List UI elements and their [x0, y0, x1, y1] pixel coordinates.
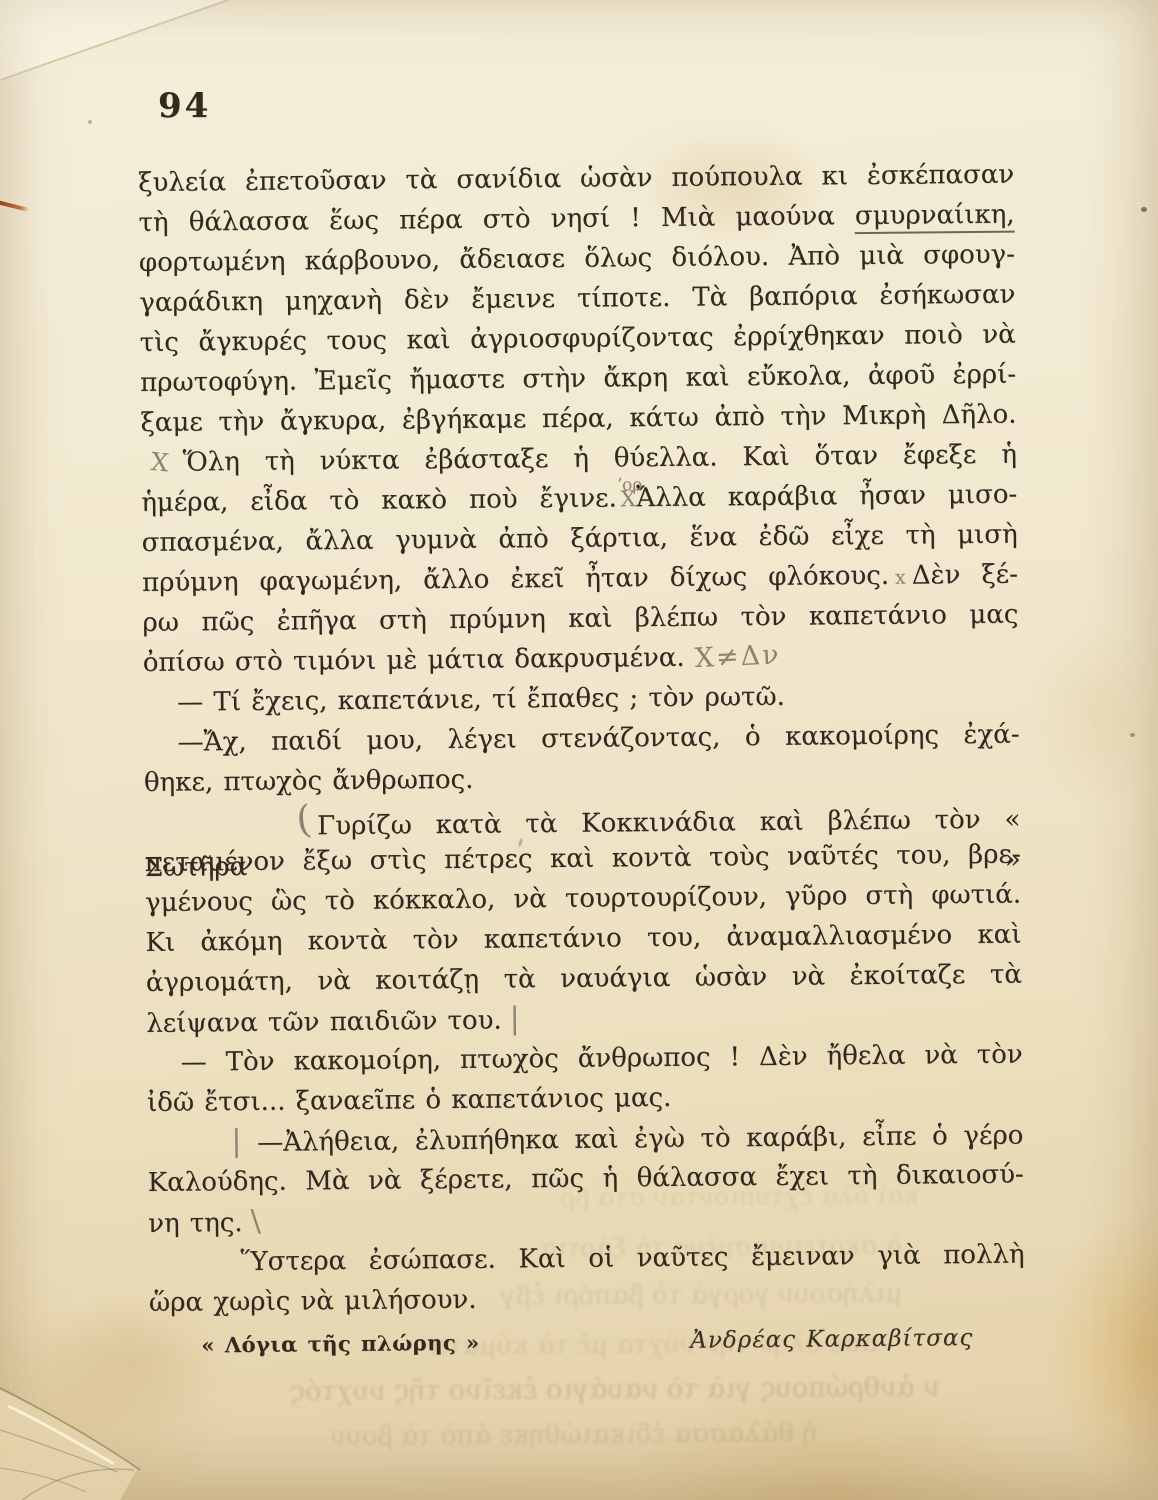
text-segment: γμένους ὣς τὸ κόκκαλο, νὰ τουρτουρίζουν,…: [145, 880, 1021, 918]
text-segment: σπασμένα, ἄλλα γυμνὰ ἀπὸ ξάρτια, ἕνα ἐδῶ…: [142, 520, 1018, 558]
text-line: — Τὸν κακομοίρη, πτωχὸς ἄνθρωπος ! Δὲν ἤ…: [146, 1035, 1022, 1083]
text-line: —Ἄχ, παιδί μου, λέγει στενάζοντας, ὁ κακ…: [143, 715, 1019, 763]
corner-fold-crease: [0, 0, 250, 95]
text-segment: λείψανα τῶν παιδιῶν του.: [146, 1006, 502, 1039]
author-name: Ἀνδρέας Καρκαβίτσας: [690, 1325, 973, 1360]
text-segment: —Ἀλήθεια, ἐλυπήθηκα καὶ ἐγὼ τὸ καράβι, ε…: [241, 1121, 1023, 1159]
text-lines-container: ξυλεία ἐπετοῦσαν τὰ σανίδια ὡσὰν πούπουλ…: [138, 155, 1025, 1323]
foxing-speck: [1130, 733, 1135, 737]
pencil-annotation: x: [895, 567, 906, 589]
text-segment: ἰδῶ ἔτσι... ξαναεῖπε ὁ καπετάνιος μας.: [147, 1083, 672, 1118]
body-text: ξυλεία ἐπετοῦσαν τὰ σανίδια ὡσὰν πούπουλ…: [138, 155, 1025, 1365]
pencil-annotation: ʼορ: [617, 475, 643, 495]
text-segment: ὀπίσω στὸ τιμόνι μὲ μάτια δακρυσμένα.: [143, 643, 685, 678]
text-segment: θηκε, πτωχὸς ἄνθρωπος.: [144, 765, 474, 798]
text-segment: Ὅλη τὴ νύκτα ἐβάσταξε ἡ θύελλα. Καὶ ὅταν…: [183, 440, 1017, 478]
text-segment: ξυλεία ἐπετοῦσαν τὰ σανίδια ὡσὰν πούπουλ…: [138, 160, 1014, 198]
pencil-annotation: |: [510, 1001, 520, 1036]
text-segment: ξαμε τὴν ἄγκυρα, ἐβγήκαμε πέρα, κάτω ἀπὸ…: [140, 400, 1016, 438]
pencil-annotation: |: [231, 1124, 241, 1159]
text-segment: πρύμνη φαγωμένη, ἄλλο ἐκεῖ ἦταν δίχως φλ…: [142, 561, 889, 598]
text-segment: Ὕστερα ἐσώπασε. Καὶ οἱ ναῦτες ἔμειναν γι…: [240, 1240, 1024, 1278]
pencil-annotation: Χ≠Δν: [694, 635, 781, 679]
bleedthrough-text: ν ἀνθρώπους γιὰ τὸ ναυάγιο ἐκεῖνο τῆς νυ…: [290, 1372, 940, 1408]
text-segment: Δὲν ξέ-: [912, 560, 1018, 591]
foxing-speck: [88, 120, 92, 124]
bleedthrough-text: ἡ θάλασσα ἐδικαιώθηκε ἀπὸ τὰ βουν: [330, 1418, 818, 1451]
text-segment: — Τὸν κακομοίρη, πτωχὸς ἄνθρωπος ! Δὲν ἤ…: [180, 1040, 1022, 1078]
pencil-annotation: \: [250, 1204, 260, 1239]
text-segment: Ἄλλα καράβια ἦσαν μισο-: [636, 480, 1017, 514]
text-segment: τὴ θάλασσα ἕως πέρα στὸ νησί ! Μιὰ μαούν…: [138, 201, 855, 238]
text-segment: φορτωμένη κάρβουνο, ἄδειασε ὅλως διόλου.…: [139, 240, 1015, 278]
text-segment: τὶς ἄγκυρές τους καὶ ἀγριοσφυρίζοντας ἐρ…: [140, 320, 1016, 358]
text-line: ἀγριομάτη, νὰ κοιτάζῃ τὰ ναυάγια ὡσὰν νὰ…: [146, 955, 1022, 1003]
text-segment: ἡμέρα, εἶδα τὸ κακὸ ποὺ ἔγινε.: [141, 483, 617, 518]
source-citation: « Λόγια τῆς πλώρης »: [201, 1330, 480, 1365]
text-line: Καλούδης. Μὰ νὰ ξέρετε, πῶς ἡ θάλασσα ἔχ…: [148, 1155, 1024, 1203]
pencil-annotation: (: [219, 799, 314, 849]
page-number: 94: [158, 86, 211, 126]
text-segment: Κι ἀκόμη κοντὰ τὸν καπετάνιο του, ἀναμαλ…: [145, 920, 1021, 958]
crumpled-corner: [0, 1358, 230, 1500]
text-segment: πεταμένον ἔξω στὶς πέτρες καὶ κοντὰ τοὺς…: [145, 840, 1021, 878]
text-line: ρω πῶς ἐπῆγα στὴ πρύμνη καὶ βλέπω τὸν κα…: [142, 595, 1018, 643]
text-segment: σμυρναίικη,: [855, 200, 1015, 235]
pencil-annotation: Χ: [149, 442, 171, 484]
text-segment: πρωτοφύγη. Ἐμεῖς ἤμαστε στὴν ἄκρη καὶ εὔ…: [140, 360, 1016, 398]
text-segment: ἀγριομάτη, νὰ κοιτάζῃ τὰ ναυάγια ὡσὰν νὰ…: [146, 960, 1022, 998]
text-segment: — Τί ἔχεις, καπετάνιε, τί ἔπαθες ; τὸν ρ…: [177, 682, 785, 718]
text-segment: νη της.: [148, 1208, 243, 1239]
text-segment: Καλούδης. Μὰ νὰ ξέρετε, πῶς ἡ θάλασσα ἔχ…: [148, 1160, 1024, 1198]
text-segment: —Ἄχ, παιδί μου, λέγει στενάζοντας, ὁ κακ…: [177, 720, 1019, 758]
text-segment: ρω πῶς ἐπῆγα στὴ πρύμνη καὶ βλέπω τὸν κα…: [142, 600, 1018, 638]
text-line: Ὕστερα ἐσώπασε. Καὶ οἱ ναῦτες ἔμειναν γι…: [148, 1235, 1024, 1283]
foxing-speck: [1141, 207, 1147, 212]
text-line: ὥρα χωρὶς νὰ μιλήσουν.: [149, 1275, 1025, 1323]
text-segment: ὥρα χωρὶς νὰ μιλήσουν.: [149, 1285, 477, 1318]
text-segment: γαράδικη μηχανὴ δὲν ἔμεινε τίποτε. Τὰ βα…: [139, 280, 1015, 318]
